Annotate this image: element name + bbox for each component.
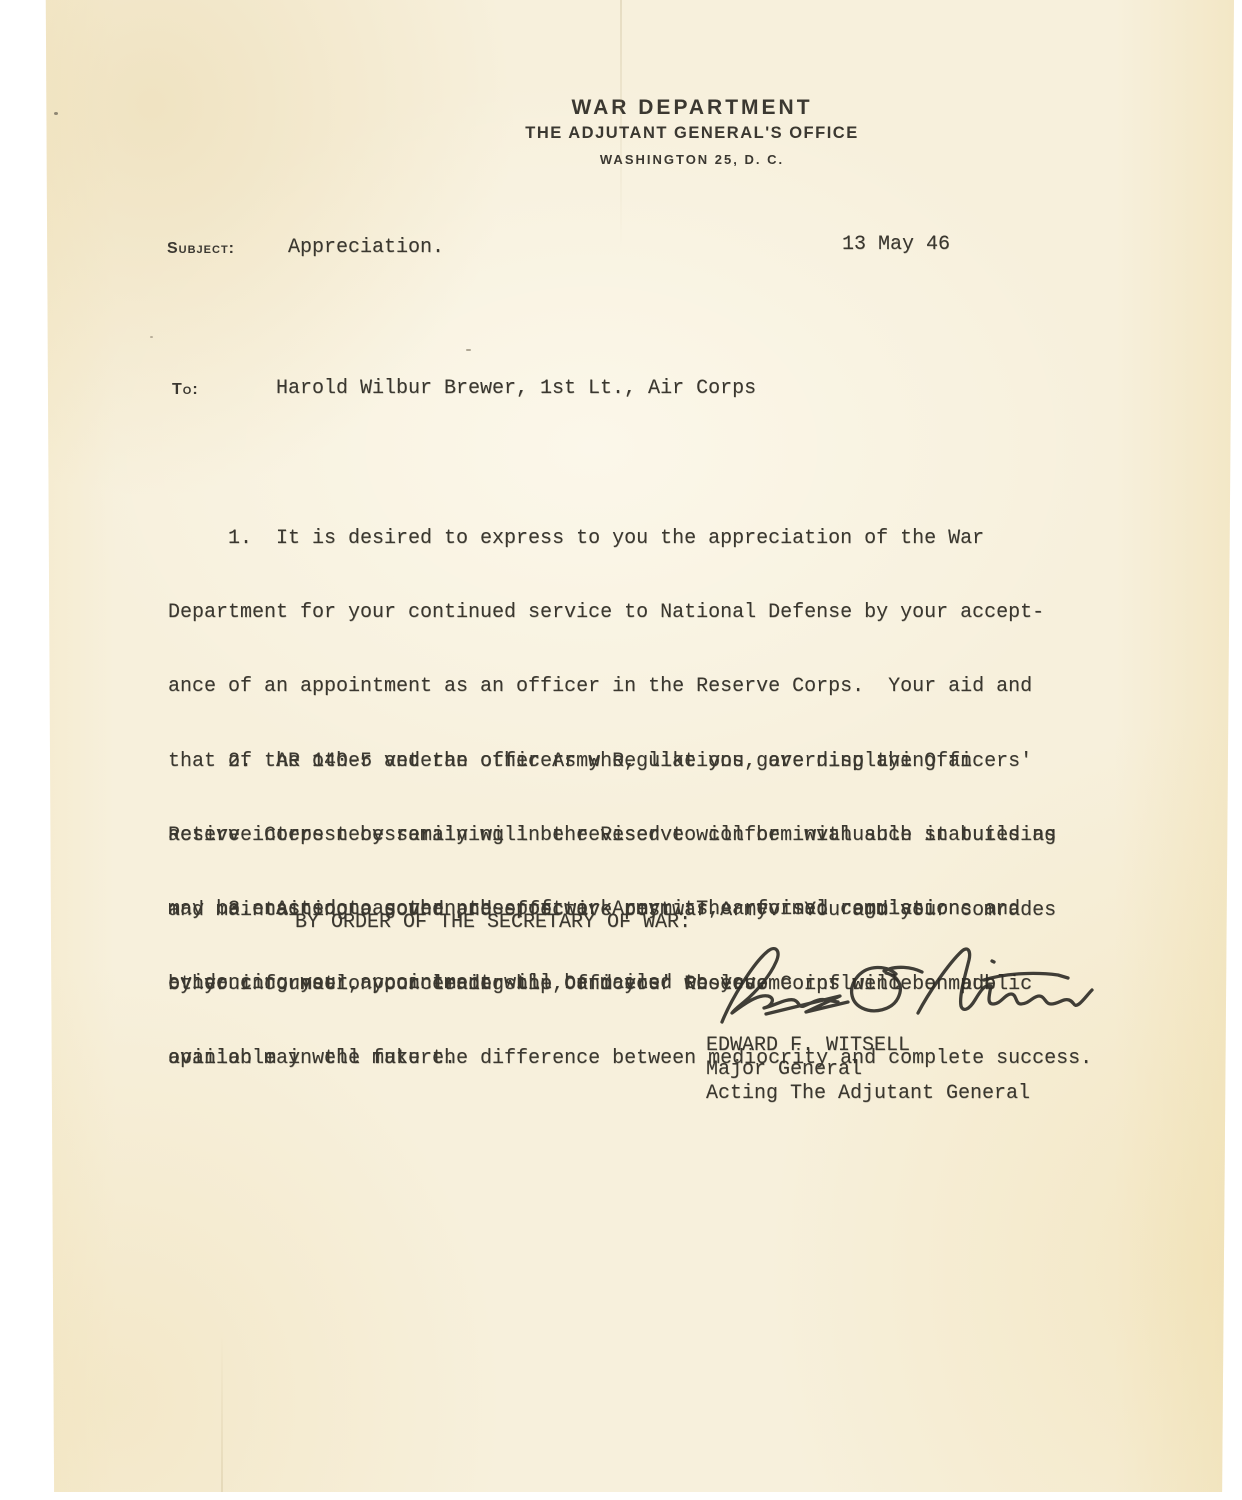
subject-value: Appreciation.: [288, 236, 444, 261]
body-line: available in the future.: [168, 1047, 1056, 1072]
letterhead-department: WAR DEPARTMENT: [392, 96, 992, 120]
body-line: ance of an appointment as an officer in …: [168, 675, 1092, 700]
signature-script-icon: [700, 940, 1100, 1035]
signer-title: Acting The Adjutant General: [706, 1082, 1030, 1107]
signer-name: EDWARD F. WITSELL: [706, 1034, 910, 1059]
subject-label: Subject:: [167, 240, 235, 258]
letterhead-office: THE ADJUTANT GENERAL'S OFFICE: [392, 124, 992, 143]
letterhead-city: WASHINGTON 25, D. C.: [392, 152, 992, 167]
body-line: 1. It is desired to express to you the a…: [168, 527, 1092, 552]
body-line: Reserve Corps necessarily will be revise…: [168, 824, 1056, 849]
scanned-letter: WAR DEPARTMENT THE ADJUTANT GENERAL'S OF…: [0, 0, 1242, 1500]
body-line: Department for your continued service to…: [168, 601, 1092, 626]
letter-paper: WAR DEPARTMENT THE ADJUTANT GENERAL'S OF…: [44, 0, 1234, 1492]
letter-date: 13 May 46: [842, 233, 950, 258]
body-line: 2. AR 140-5 and the other Army Regulatio…: [168, 750, 1056, 775]
recipient-name: Harold Wilbur Brewer, 1st Lt., Air Corps: [276, 377, 756, 402]
to-label: To:: [172, 381, 199, 399]
by-order-line: BY ORDER OF THE SECRETARY OF WAR:: [295, 911, 691, 936]
signer-rank: Major General: [706, 1058, 862, 1083]
